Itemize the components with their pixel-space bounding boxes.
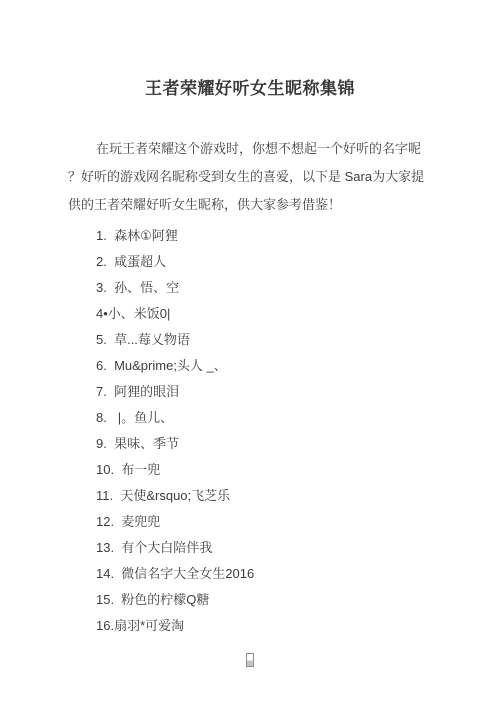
item-text: 阿狸的眼泪 — [114, 384, 179, 399]
document-page: 王者荣耀好听女生昵称集锦 在玩王者荣耀这个游戏时，你想不想起一个好听的名字呢 ？… — [0, 0, 500, 708]
item-text: 草...莓乂物语 — [114, 332, 190, 347]
item-text: 有个大白陪伴我 — [121, 540, 212, 555]
intro-paragraph: 在玩王者荣耀这个游戏时，你想不想起一个好听的名字呢 ？好听的游戏网名昵称受到女生… — [68, 135, 434, 219]
list-item: 14. 微信名字大全女生2016 — [96, 561, 500, 587]
item-text: 扇羽*可爱淘 — [114, 618, 184, 633]
item-number: 3. — [96, 280, 114, 295]
item-number: 9. — [96, 436, 114, 451]
nickname-list: 1. 森林①阿狸 2. 咸蛋超人 3. 孙、悟、空 4•小、米饭0| 5. 草.… — [96, 223, 500, 639]
item-text: 森林①阿狸 — [114, 228, 178, 243]
item-text: 孙、悟、空 — [114, 280, 179, 295]
list-item: 15. 粉色的柠檬Q糖 — [96, 587, 500, 613]
item-text: 粉色的柠檬Q糖 — [121, 592, 209, 607]
item-number: 10. — [96, 462, 121, 477]
list-item: 4•小、米饭0| — [96, 301, 500, 327]
list-item: 5. 草...莓乂物语 — [96, 327, 500, 353]
item-number: 1. — [96, 228, 114, 243]
item-number: 14. — [96, 566, 121, 581]
item-text: 小、米饭0| — [108, 306, 171, 321]
item-number: 13. — [96, 540, 121, 555]
item-number: 7. — [96, 384, 114, 399]
list-item: 6. Mu&prime;头人 _、 — [96, 353, 500, 379]
item-number: 4• — [96, 306, 108, 321]
item-number: 6. — [96, 358, 114, 373]
list-item: 7. 阿狸的眼泪 — [96, 379, 500, 405]
list-item: 8. |。鱼儿、 — [96, 405, 500, 431]
item-number: 16. — [96, 618, 114, 633]
item-text: 果味、季节 — [114, 436, 179, 451]
item-text: 咸蛋超人 — [114, 254, 166, 269]
item-number: 12. — [96, 514, 121, 529]
list-item: 12. 麦兜兜 — [96, 509, 500, 535]
item-number: 11. — [96, 488, 120, 503]
item-text: 布一兜 — [121, 462, 160, 477]
list-item: 9. 果味、季节 — [96, 431, 500, 457]
item-text: Mu&prime;头人 _、 — [114, 358, 227, 373]
item-text: 天使&rsquo;飞芝乐 — [120, 488, 230, 503]
list-item: 11. 天使&rsquo;飞芝乐 — [96, 483, 500, 509]
item-number: 2. — [96, 254, 114, 269]
item-text: |。鱼儿、 — [118, 410, 173, 425]
item-number: 5. — [96, 332, 114, 347]
list-item: 13. 有个大白陪伴我 — [96, 535, 500, 561]
list-item: 2. 咸蛋超人 — [96, 249, 500, 275]
list-item: 3. 孙、悟、空 — [96, 275, 500, 301]
item-number: 15. — [96, 592, 121, 607]
list-item: 16.扇羽*可爱淘 — [96, 613, 500, 639]
item-text: 微信名字大全女生2016 — [121, 566, 254, 581]
list-item: 10. 布一兜 — [96, 457, 500, 483]
item-text: 麦兜兜 — [121, 514, 160, 529]
item-number: 8. — [96, 410, 118, 425]
page-title: 王者荣耀好听女生昵称集锦 — [0, 0, 500, 99]
missing-glyph-box — [246, 653, 254, 667]
list-item: 1. 森林①阿狸 — [96, 223, 500, 249]
